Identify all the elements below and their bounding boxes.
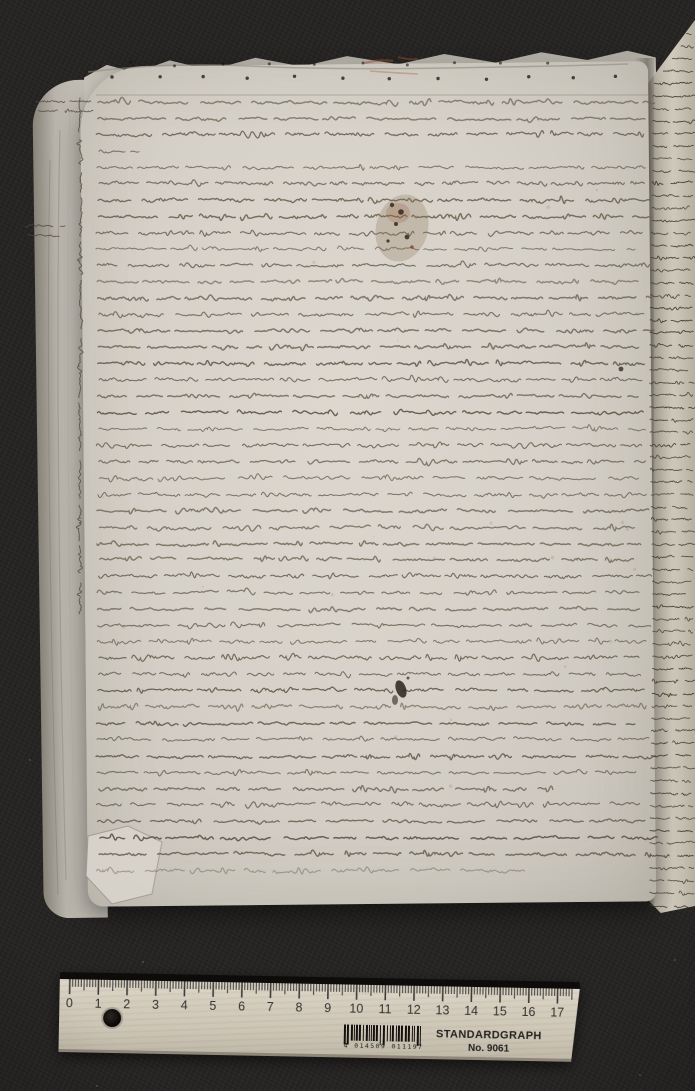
ruler-face: 01234567891011121314151617 4 014509 0111… <box>58 979 579 1062</box>
handwriting-layer <box>0 0 695 1091</box>
svg-text:6: 6 <box>238 999 245 1013</box>
ruler-barcode: 4 014509 011197 <box>344 1024 426 1051</box>
barcode-digits: 4 014509 011197 <box>344 1041 426 1051</box>
svg-text:9: 9 <box>324 1001 331 1015</box>
vertical-marginalia <box>76 92 83 614</box>
svg-text:4: 4 <box>181 998 188 1012</box>
svg-text:17: 17 <box>550 1005 564 1019</box>
svg-text:0: 0 <box>66 996 73 1010</box>
svg-text:13: 13 <box>435 1003 449 1017</box>
ruler-brand: STANDARDGRAPH <box>431 1028 547 1042</box>
svg-text:10: 10 <box>349 1002 363 1016</box>
svg-text:12: 12 <box>407 1003 421 1017</box>
barcode-gap <box>421 1026 422 1042</box>
ruler-model: No. 9061 <box>431 1042 547 1055</box>
svg-text:11: 11 <box>378 1002 391 1016</box>
svg-text:1: 1 <box>94 997 101 1011</box>
svg-text:8: 8 <box>295 1001 302 1015</box>
svg-text:2: 2 <box>123 997 130 1011</box>
svg-text:14: 14 <box>464 1004 478 1018</box>
svg-text:15: 15 <box>493 1004 507 1018</box>
manuscript-photo: 01234567891011121314151617 4 014509 0111… <box>0 0 695 1091</box>
svg-text:5: 5 <box>209 999 216 1013</box>
ruler: 01234567891011121314151617 4 014509 0111… <box>58 972 579 1064</box>
svg-text:7: 7 <box>267 1000 274 1014</box>
svg-text:16: 16 <box>521 1005 535 1019</box>
svg-text:3: 3 <box>152 998 159 1012</box>
